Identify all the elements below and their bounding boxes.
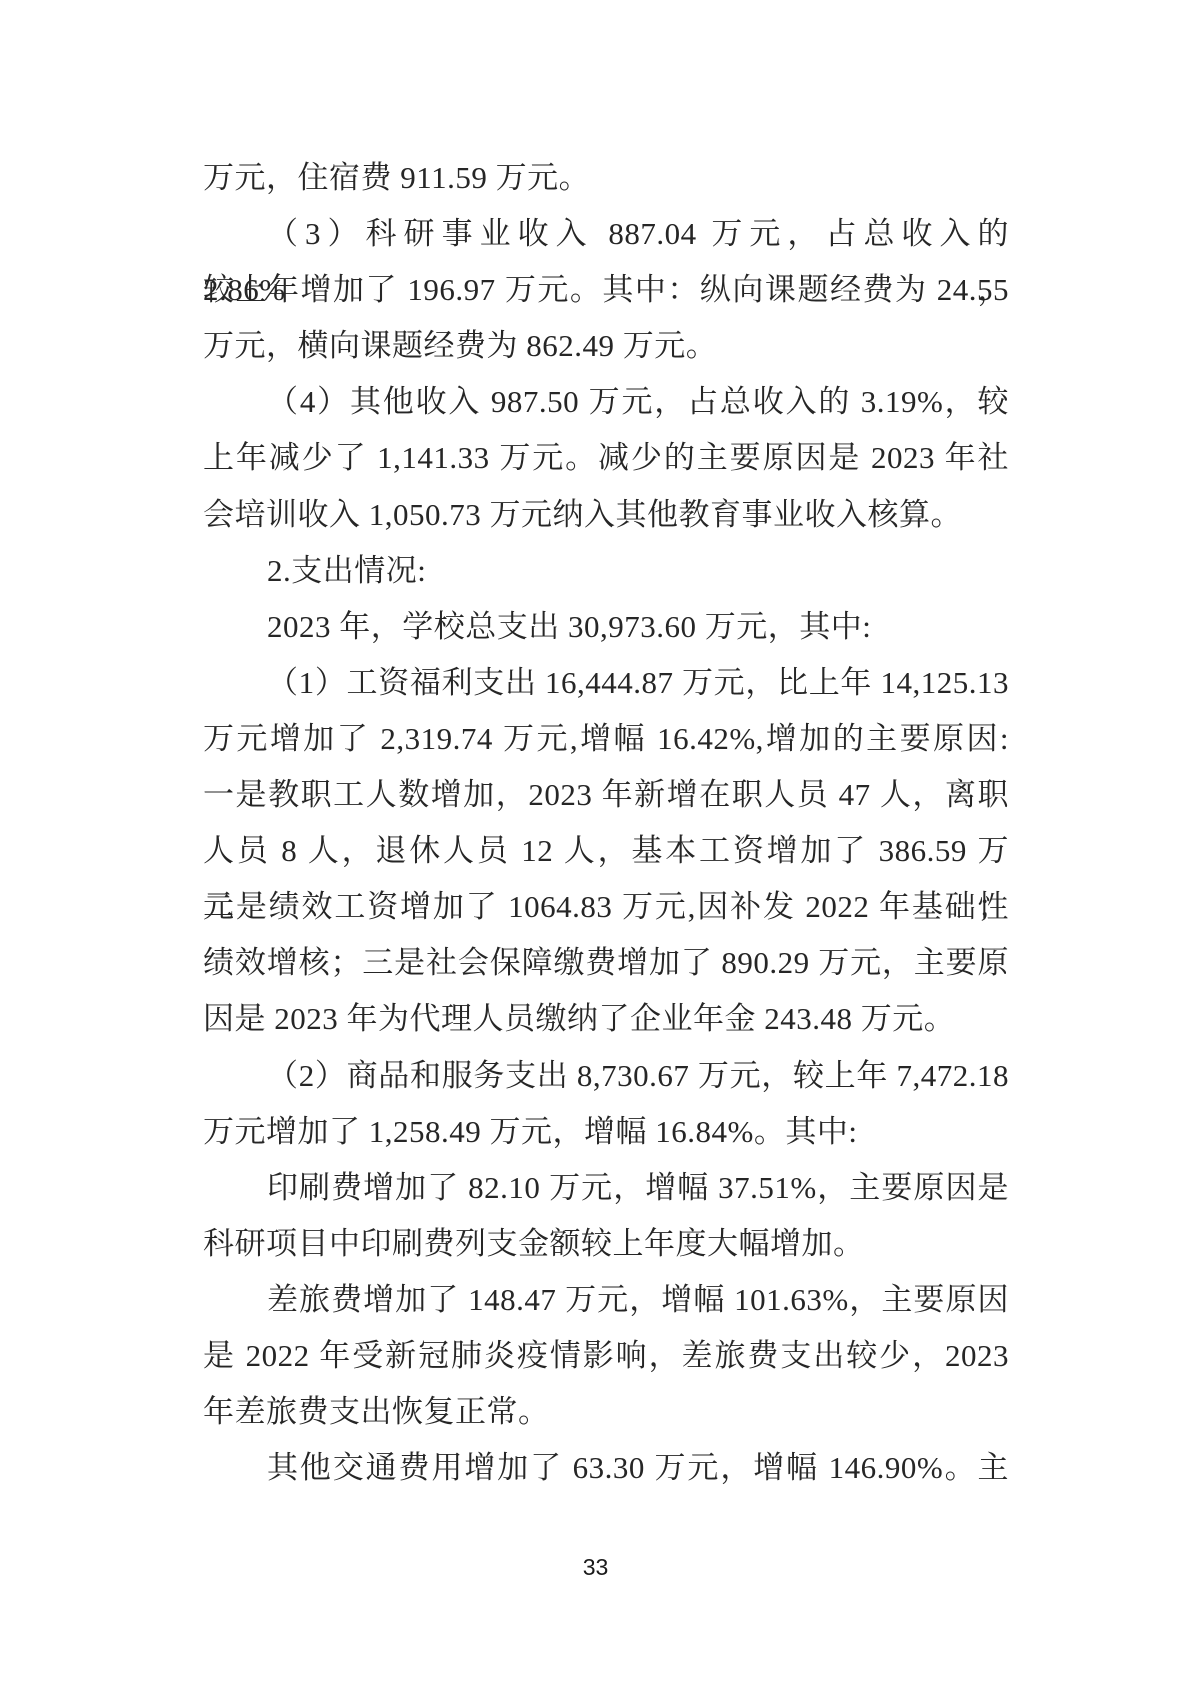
text-line: 二是绩效工资增加了 1064.83 万元,因补发 2022 年基础性 xyxy=(203,879,1009,935)
text-line: 年差旅费支出恢复正常。 xyxy=(203,1384,1009,1440)
text-line: 科研项目中印刷费列支金额较上年度大幅增加。 xyxy=(203,1216,1009,1272)
text-line: （1）工资福利支出 16,444.87 万元，比上年 14,125.13 xyxy=(203,655,1009,711)
text-line: 因是 2023 年为代理人员缴纳了企业年金 243.48 万元。 xyxy=(203,991,1009,1047)
text-line: 绩效增核；三是社会保障缴费增加了 890.29 万元，主要原 xyxy=(203,935,1009,991)
text-block: 万元，住宿费 911.59 万元。（3）科研事业收入 887.04 万元，占总收… xyxy=(203,150,1009,1496)
text-line: 万元，住宿费 911.59 万元。 xyxy=(203,150,1009,206)
page-number: 33 xyxy=(0,1553,1191,1581)
text-line: （4）其他收入 987.50 万元，占总收入的 3.19%，较 xyxy=(203,374,1009,430)
text-line: （3）科研事业收入 887.04 万元，占总收入的 2.86%， xyxy=(203,206,1009,262)
text-line: 人员 8 人，退休人员 12 人，基本工资增加了 386.59 万元； xyxy=(203,823,1009,879)
text-line: 是 2022 年受新冠肺炎疫情影响，差旅费支出较少，2023 xyxy=(203,1328,1009,1384)
text-line: 差旅费增加了 148.47 万元，增幅 101.63%，主要原因 xyxy=(203,1272,1009,1328)
text-line: 上年减少了 1,141.33 万元。减少的主要原因是 2023 年社 xyxy=(203,430,1009,486)
text-line: 一是教职工人数增加，2023 年新增在职人员 47 人，离职 xyxy=(203,767,1009,823)
text-line: 万元，横向课题经费为 862.49 万元。 xyxy=(203,318,1009,374)
text-line: 印刷费增加了 82.10 万元，增幅 37.51%，主要原因是 xyxy=(203,1160,1009,1216)
text-line: 会培训收入 1,050.73 万元纳入其他教育事业收入核算。 xyxy=(203,487,1009,543)
text-line: 2.支出情况: xyxy=(203,543,1009,599)
text-line: 2023 年，学校总支出 30,973.60 万元，其中: xyxy=(203,599,1009,655)
text-line: 万元增加了 2,319.74 万元,增幅 16.42%,增加的主要原因: xyxy=(203,711,1009,767)
text-line: 较上年增加了 196.97 万元。其中：纵向课题经费为 24.55 xyxy=(203,262,1009,318)
document-page: 万元，住宿费 911.59 万元。（3）科研事业收入 887.04 万元，占总收… xyxy=(0,0,1191,1684)
text-line: （2）商品和服务支出 8,730.67 万元，较上年 7,472.18 xyxy=(203,1048,1009,1104)
text-line: 其他交通费用增加了 63.30 万元，增幅 146.90%。主 xyxy=(203,1440,1009,1496)
text-line: 万元增加了 1,258.49 万元，增幅 16.84%。其中: xyxy=(203,1104,1009,1160)
